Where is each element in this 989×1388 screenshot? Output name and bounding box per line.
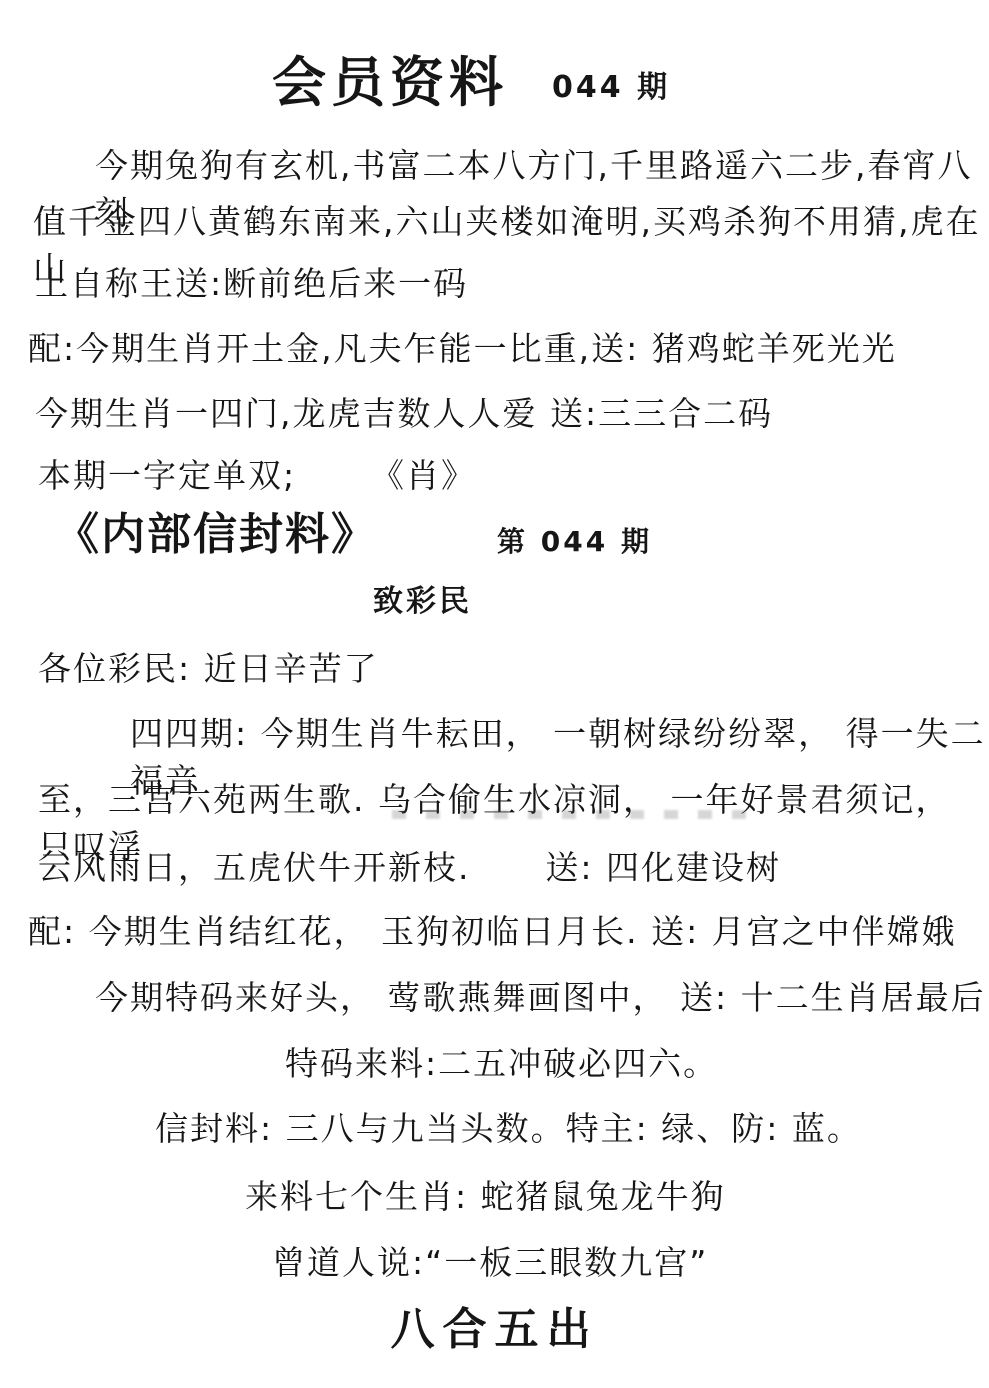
issue-number: 044 期 (552, 62, 670, 106)
envelope-line: 配: 今期生肖结红花， 玉狗初临日月长. 送: 月宫之中伴嫦娥 (28, 906, 957, 953)
member-line: 配:今期生肖开土金,凡夫乍能一比重,送: 猪鸡蛇羊死光光 (28, 323, 897, 370)
member-line: 本期一字定单双; 《肖》 (38, 450, 476, 497)
salutation: 致彩民 (373, 576, 472, 620)
faded-print-artifact (392, 810, 764, 819)
envelope-line: 来料七个生肖: 蛇猪鼠兔龙牛狗 (245, 1171, 726, 1218)
envelope-line: 今期特码来好头， 莺歌燕舞画图中， 送: 十二生肖居最后 (95, 972, 986, 1019)
envelope-line: 信封料: 三八与九当头数。特主: 绿、防: 蓝。 (155, 1103, 862, 1150)
footer-slogan: 八合五出 (0, 1293, 989, 1357)
member-line: 上自称王送:断前绝后来一码 (35, 258, 468, 305)
document-page: 会员资料 044 期 今期兔狗有玄机,书富二本八方门,千里路遥六二步,春宵八刻 … (0, 0, 989, 1388)
envelope-line: 各位彩民: 近日辛苦了 (38, 643, 379, 690)
envelope-line: 云风雨日，五虎伏牛开新枝. 送: 四化建设树 (38, 842, 781, 889)
envelope-line: 特码来料:二五冲破必四六。 (285, 1038, 718, 1085)
envelope-line: 曾道人说:“一板三眼数九宫” (272, 1237, 708, 1284)
member-line: 今期生肖一四门,龙虎吉数人人爱 送:三三合二码 (35, 388, 773, 435)
section-issue-number: 第 044 期 (497, 520, 652, 560)
section-title: 《内部信封料》 (55, 498, 377, 562)
page-title: 会员资料 (272, 40, 508, 117)
